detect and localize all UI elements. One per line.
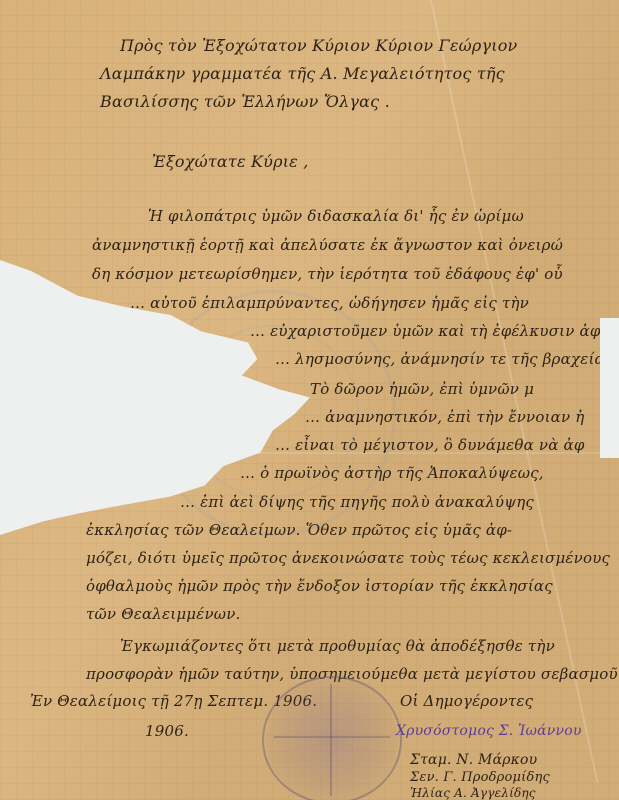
address-line-1: Πρὸς τὸν Ἐξοχώτατον Κύριον Κύριον Γεώργι… <box>120 36 517 55</box>
signature-4: Ἠλίας Α. Ἀγγελίδης <box>410 786 536 800</box>
signature-1: Χρυσόστομος Σ. Ἰωάννου <box>396 723 582 739</box>
body-line: ἀναμνηστικῇ ἑορτῇ καὶ ἀπελύσατε ἐκ ἄγνωσ… <box>92 236 563 254</box>
year: 1906. <box>145 722 189 740</box>
body-line: μόζει, διότι ὑμεῖς πρῶτος ἀνεκοινώσατε τ… <box>86 549 610 567</box>
body-line: … ἀναμνηστικόν, ἐπὶ τὴν ἔννοιαν ἡ <box>305 408 584 426</box>
signature-3: Σεν. Γ. Προδρομίδης <box>410 770 550 785</box>
address-line-2: Λαμπάκην γραμματέα τῆς Α. Μεγαλειότητος … <box>100 64 505 83</box>
body-line: τῶν Θεαλειμμένων. <box>86 605 241 623</box>
body-line: δη κόσμον μετεωρίσθημεν, τὴν ἱερότητα το… <box>92 265 563 283</box>
scanned-letter-page: Πρὸς τὸν Ἐξοχώτατον Κύριον Κύριον Γεώργι… <box>0 0 619 800</box>
body-line: Ἐγκωμιάζοντες ὅτι μετὰ προθυμίας θὰ ἀποδ… <box>120 637 555 655</box>
torn-edge-right <box>600 318 619 458</box>
body-line: … ὁ πρωϊνὸς ἀστὴρ τῆς Ἀποκαλύψεως, <box>240 464 544 482</box>
body-line: … ἐπὶ ἀεὶ δίψης τῆς πηγῆς πολὺ ἀνακαλύψη… <box>180 493 534 511</box>
signature-2: Σταμ. Ν. Μάρκου <box>410 752 537 768</box>
ink-seal-stamp <box>262 676 402 800</box>
signatory-heading: Οἱ Δημογέροντες <box>400 692 533 710</box>
body-line: ὀφθαλμοὺς ἡμῶν πρὸς τὴν ἔνδοξον ἱστορίαν… <box>86 577 553 595</box>
body-line: Τὸ δῶρον ἡμῶν, ἐπὶ ὑμνῶν μ <box>310 380 534 398</box>
body-line: … αὐτοῦ ἐπιλαμπρύναντες, ὡδήγησεν ἡμᾶς ε… <box>130 294 529 312</box>
body-line: … εὐχαριστοῦμεν ὑμῶν καὶ τὴ ἐφέλκυσιν ἀφ… <box>250 322 606 340</box>
body-line: Ἡ φιλοπάτρις ὑμῶν διδασκαλία δι' ἧς ἐν ὡ… <box>148 207 524 225</box>
body-line: ἐκκλησίας τῶν Θεαλείμων. Ὅθεν πρῶτος εἰς… <box>86 521 512 539</box>
body-line: … λησμοσύνης, ἀνάμνησίν τε τῆς βραχείας … <box>275 350 619 368</box>
greeting: Ἐξοχώτατε Κύριε , <box>152 152 309 171</box>
body-line: … εἶναι τὸ μέγιστον, ὃ δυνάμεθα νὰ ἀφ <box>275 436 585 454</box>
address-line-3: Βασιλίσσης τῶν Ἑλλήνων Ὄλγας . <box>100 92 390 111</box>
